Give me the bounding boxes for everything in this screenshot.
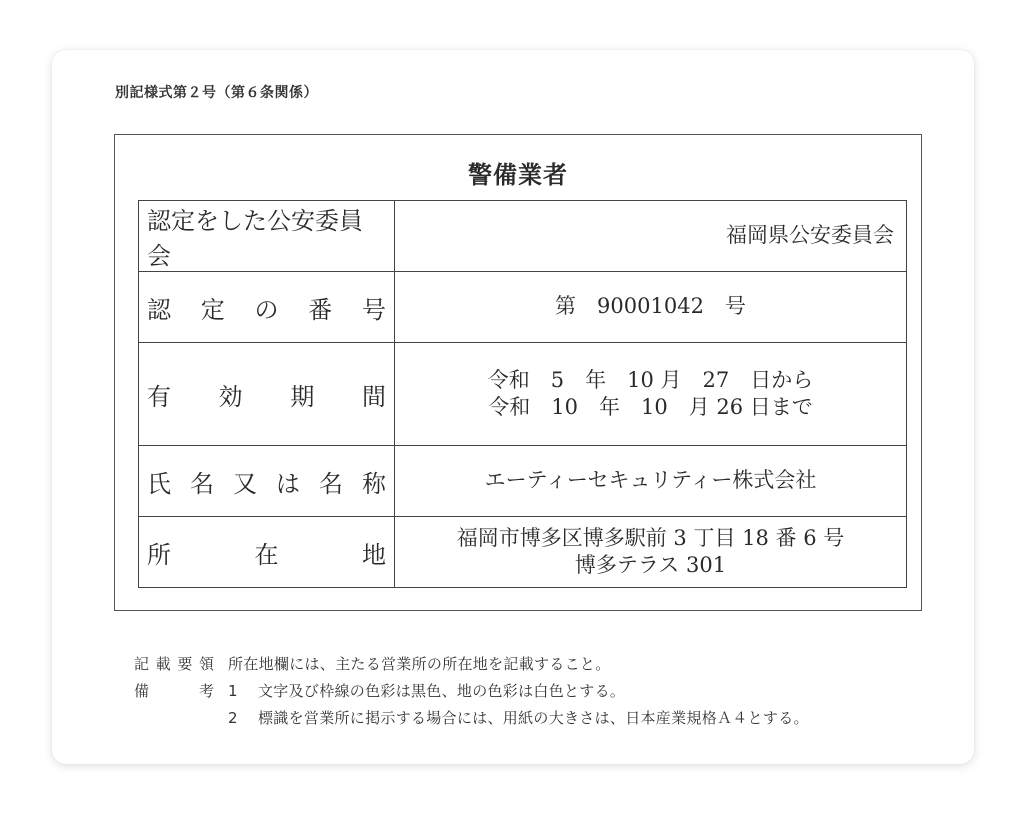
label-char: 間 [362,377,386,412]
label-validity: 有 効 期 間 [139,343,395,446]
label-char: 名 [190,464,214,499]
form-reference: 別記様式第２号（第６条関係） [115,82,318,102]
value-validity: 令和 5 年 10 月 27 日から 令和 10 年 10 月 26 日まで [395,343,907,446]
sign-table: 認定をした公安委員会 福岡県公安委員会 認 定 の 番 号 [138,200,907,588]
label-char: の [255,290,279,325]
label-char: 効 [219,377,243,412]
label-char: 在 [255,535,279,570]
address-line-1: 福岡市博多区博多駅前 3 丁目 18 番 6 号 [395,525,906,552]
remark-number: 2 [228,709,258,727]
label-char: 号 [362,290,386,325]
address-line-2: 博多テラス 301 [395,552,906,579]
label-char: 番 [308,290,332,325]
validity-end: 令和 10 年 10 月 26 日まで [395,394,906,421]
value-address: 福岡市博多区博多駅前 3 丁目 18 番 6 号 博多テラス 301 [395,517,907,588]
label-char: 称 [362,464,386,499]
table-row-cert-number: 認 定 の 番 号 第 90001042 号 [139,272,907,343]
label-char: 期 [290,377,314,412]
sign-frame: 警備業者 認定をした公安委員会 福岡県公安委員会 認 定 の [114,134,922,611]
label-char: は [276,464,300,499]
table-row-validity: 有 効 期 間 令和 5 年 10 月 27 日から 令和 10 年 10 月 … [139,343,907,446]
value-commission: 福岡県公安委員会 [395,201,907,272]
remark-row-2: 2 標識を営業所に掲示する場合には、用紙の大きさは、日本産業規格Ａ４とする。 [134,704,809,731]
label-commission: 認定をした公安委員会 [139,201,395,272]
remark-text: 文字及び枠線の色彩は黒色、地の色彩は白色とする。 [258,680,625,701]
label-address: 所 在 地 [139,517,395,588]
value-text: 第 90001042 号 [555,294,746,318]
label-char: 地 [362,535,386,570]
label-text: 認定をした公安委員会 [147,201,386,271]
sign-title: 警備業者 [115,155,921,190]
instructions-row: 記 載 要 領 所在地欄には、主たる営業所の所在地を記載すること。 [134,650,809,677]
label-char: 所 [147,535,171,570]
label-char: 又 [233,464,257,499]
value-text: 福岡県公安委員会 [726,223,894,247]
label-name: 氏 名 又 は 名 称 [139,446,395,517]
label-char: 定 [201,290,225,325]
value-text: エーティーセキュリティー株式会社 [485,468,817,492]
table-row-address: 所 在 地 福岡市博多区博多駅前 3 丁目 18 番 6 号 博多テラス 301 [139,517,907,588]
instructions-heading: 記 載 要 領 [134,653,214,674]
remark-number: 1 [228,682,258,700]
label-cert-number: 認 定 の 番 号 [139,272,395,343]
label-char: 名 [319,464,343,499]
remark-row-1: 備 考 1 文字及び枠線の色彩は黒色、地の色彩は白色とする。 [134,677,809,704]
document-card: 別記様式第２号（第６条関係） 警備業者 認定をした公安委員会 福岡県公安委員会 … [52,50,974,764]
value-name: エーティーセキュリティー株式会社 [395,446,907,517]
table-row-commission: 認定をした公安委員会 福岡県公安委員会 [139,201,907,272]
remark-text: 標識を営業所に掲示する場合には、用紙の大きさは、日本産業規格Ａ４とする。 [258,707,809,728]
validity-start: 令和 5 年 10 月 27 日から [395,367,906,394]
table-row-name: 氏 名 又 は 名 称 エーティーセキュリティー株式会社 [139,446,907,517]
remarks-heading: 備 考 [134,680,214,701]
instructions-text: 所在地欄には、主たる営業所の所在地を記載すること。 [228,653,611,674]
label-char: 氏 [147,464,171,499]
label-char: 有 [147,377,171,412]
notes-section: 記 載 要 領 所在地欄には、主たる営業所の所在地を記載すること。 備 考 1 … [134,650,809,731]
label-char: 認 [147,290,171,325]
value-cert-number: 第 90001042 号 [395,272,907,343]
